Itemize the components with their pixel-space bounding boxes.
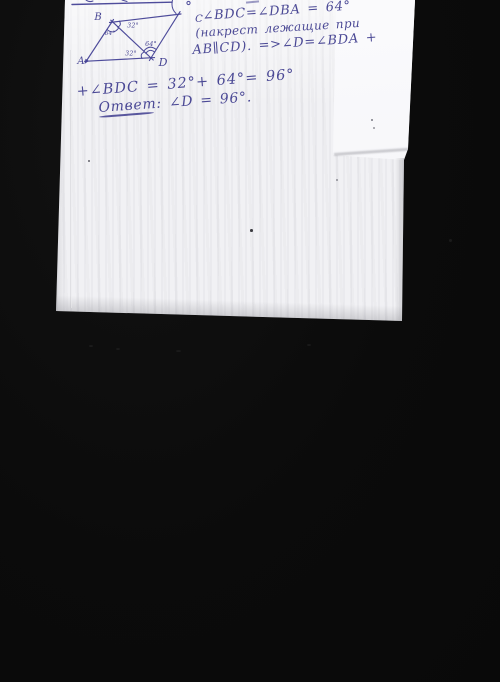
angle-label-d-right: 64° — [145, 41, 157, 48]
vertex-label-a: A — [76, 56, 84, 67]
angle-label-b-left: 64° — [105, 31, 116, 37]
cut-off-scribble-fragment — [122, 0, 127, 2]
answer-value: ∠D = 96°. — [161, 89, 252, 111]
vertex-label-b: B — [93, 12, 101, 23]
side-bc — [110, 14, 182, 23]
scanner-speck — [449, 239, 452, 242]
paper-speck — [373, 127, 375, 129]
vertex-label-d: D — [158, 56, 168, 69]
cut-off-scribble-loop — [187, 1, 190, 4]
scanner-speck — [89, 345, 93, 347]
paper-bottom-shadow — [51, 295, 405, 326]
paper-right-shadow — [395, 158, 404, 324]
angle-label-b-right: 32° — [127, 23, 139, 30]
scanned-page: B A C D 64° 32° 32° 64° ∠BDC=∠DBA = 64° … — [0, 0, 500, 682]
scanner-speck — [307, 344, 311, 346]
cut-off-scribble-fragment — [86, 0, 93, 2]
paper-left-shadow — [56, 0, 65, 315]
paper-speck — [250, 229, 253, 232]
angle-arc-d-right-inner — [146, 50, 155, 53]
paper-speck — [336, 179, 338, 181]
cut-off-scribble-underline — [72, 2, 172, 4]
paper-vertical-crease — [70, 50, 72, 308]
side-cd — [149, 12, 180, 61]
scanner-speck — [116, 348, 120, 350]
cut-off-scribble-dash — [246, 0, 259, 3]
cut-off-scribble-curl — [172, 0, 176, 14]
paper-speck — [88, 160, 90, 162]
angle-arc-d-left — [141, 52, 144, 59]
side-ab — [86, 20, 114, 62]
angle-label-d-left: 32° — [125, 51, 137, 58]
paper-speck — [371, 119, 373, 121]
paper-sheet: B A C D 64° 32° 32° 64° ∠BDC=∠DBA = 64° … — [0, 0, 430, 330]
side-da — [85, 58, 155, 62]
scanner-speck — [176, 350, 181, 352]
